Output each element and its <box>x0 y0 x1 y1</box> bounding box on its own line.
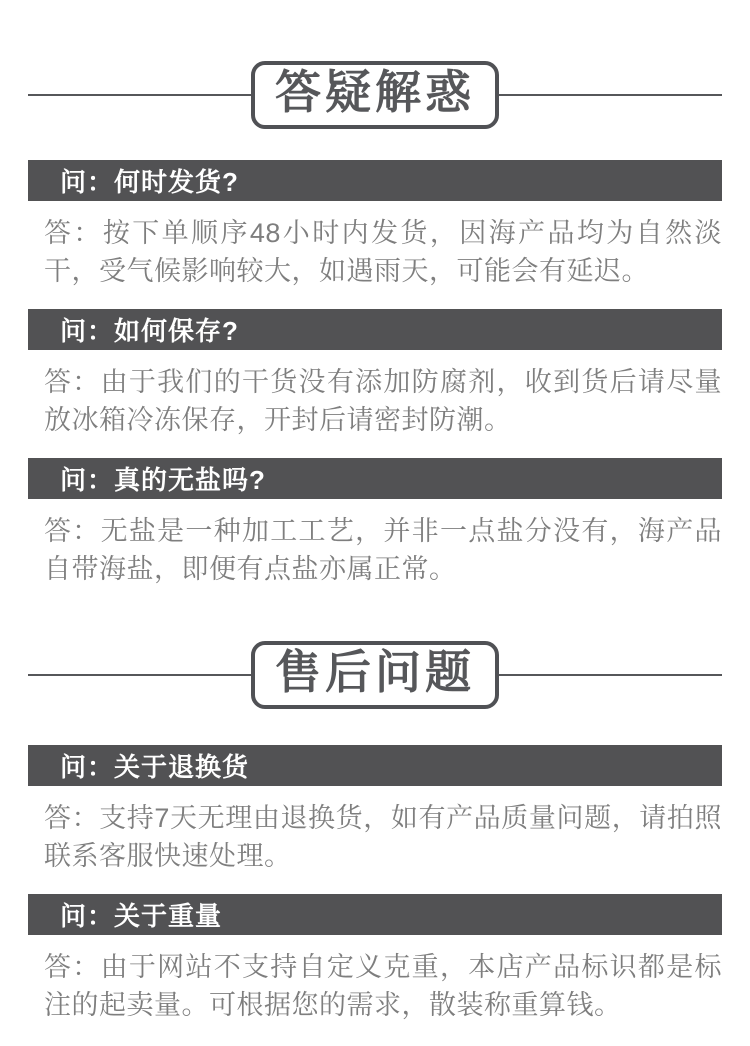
section-title-box: 答疑解惑 <box>251 61 499 129</box>
answer-text: 答：无盐是一种加工工艺，并非一点盐分没有，海产品自带海盐，即便有点盐亦属正常。 <box>44 512 722 588</box>
answer-text: 答：由于我们的干货没有添加防腐剂，收到货后请尽量放冰箱冷冻保存，开封后请密封防潮… <box>44 363 722 439</box>
answer-text: 答：由于网站不支持自定义克重，本店产品标识都是标注的起卖量。可根据您的需求，散装… <box>44 948 722 1024</box>
question-bar: 问：真的无盐吗? <box>28 458 722 499</box>
section-title-box: 售后问题 <box>251 641 499 709</box>
question-text: 问：关于退换货 <box>28 747 249 784</box>
title-divider-right <box>499 674 722 676</box>
question-bar: 问：关于重量 <box>28 894 722 935</box>
section-header-aftersale: 售后问题 <box>28 588 722 707</box>
question-text: 问：何时发货? <box>28 162 239 199</box>
answer-text: 答：支持7天无理由退换货，如有产品质量问题，请拍照联系客服快速处理。 <box>44 799 722 875</box>
title-divider-right <box>499 94 722 96</box>
title-divider-left <box>28 94 251 96</box>
question-text: 问：关于重量 <box>28 896 222 933</box>
title-divider-left <box>28 674 251 676</box>
section-header-qa: 答疑解惑 <box>28 0 722 127</box>
question-text: 问：真的无盐吗? <box>28 460 266 497</box>
faq-page: 答疑解惑 问：何时发货? 答：按下单顺序48小时内发货，因海产品均为自然淡干，受… <box>0 0 750 1046</box>
answer-text: 答：按下单顺序48小时内发货，因海产品均为自然淡干，受气候影响较大，如遇雨天，可… <box>44 214 722 290</box>
question-bar: 问：如何保存? <box>28 309 722 350</box>
question-bar: 问：何时发货? <box>28 160 722 201</box>
question-text: 问：如何保存? <box>28 311 239 348</box>
section-title: 答疑解惑 <box>275 67 475 119</box>
section-title: 售后问题 <box>275 647 475 699</box>
question-bar: 问：关于退换货 <box>28 745 722 786</box>
